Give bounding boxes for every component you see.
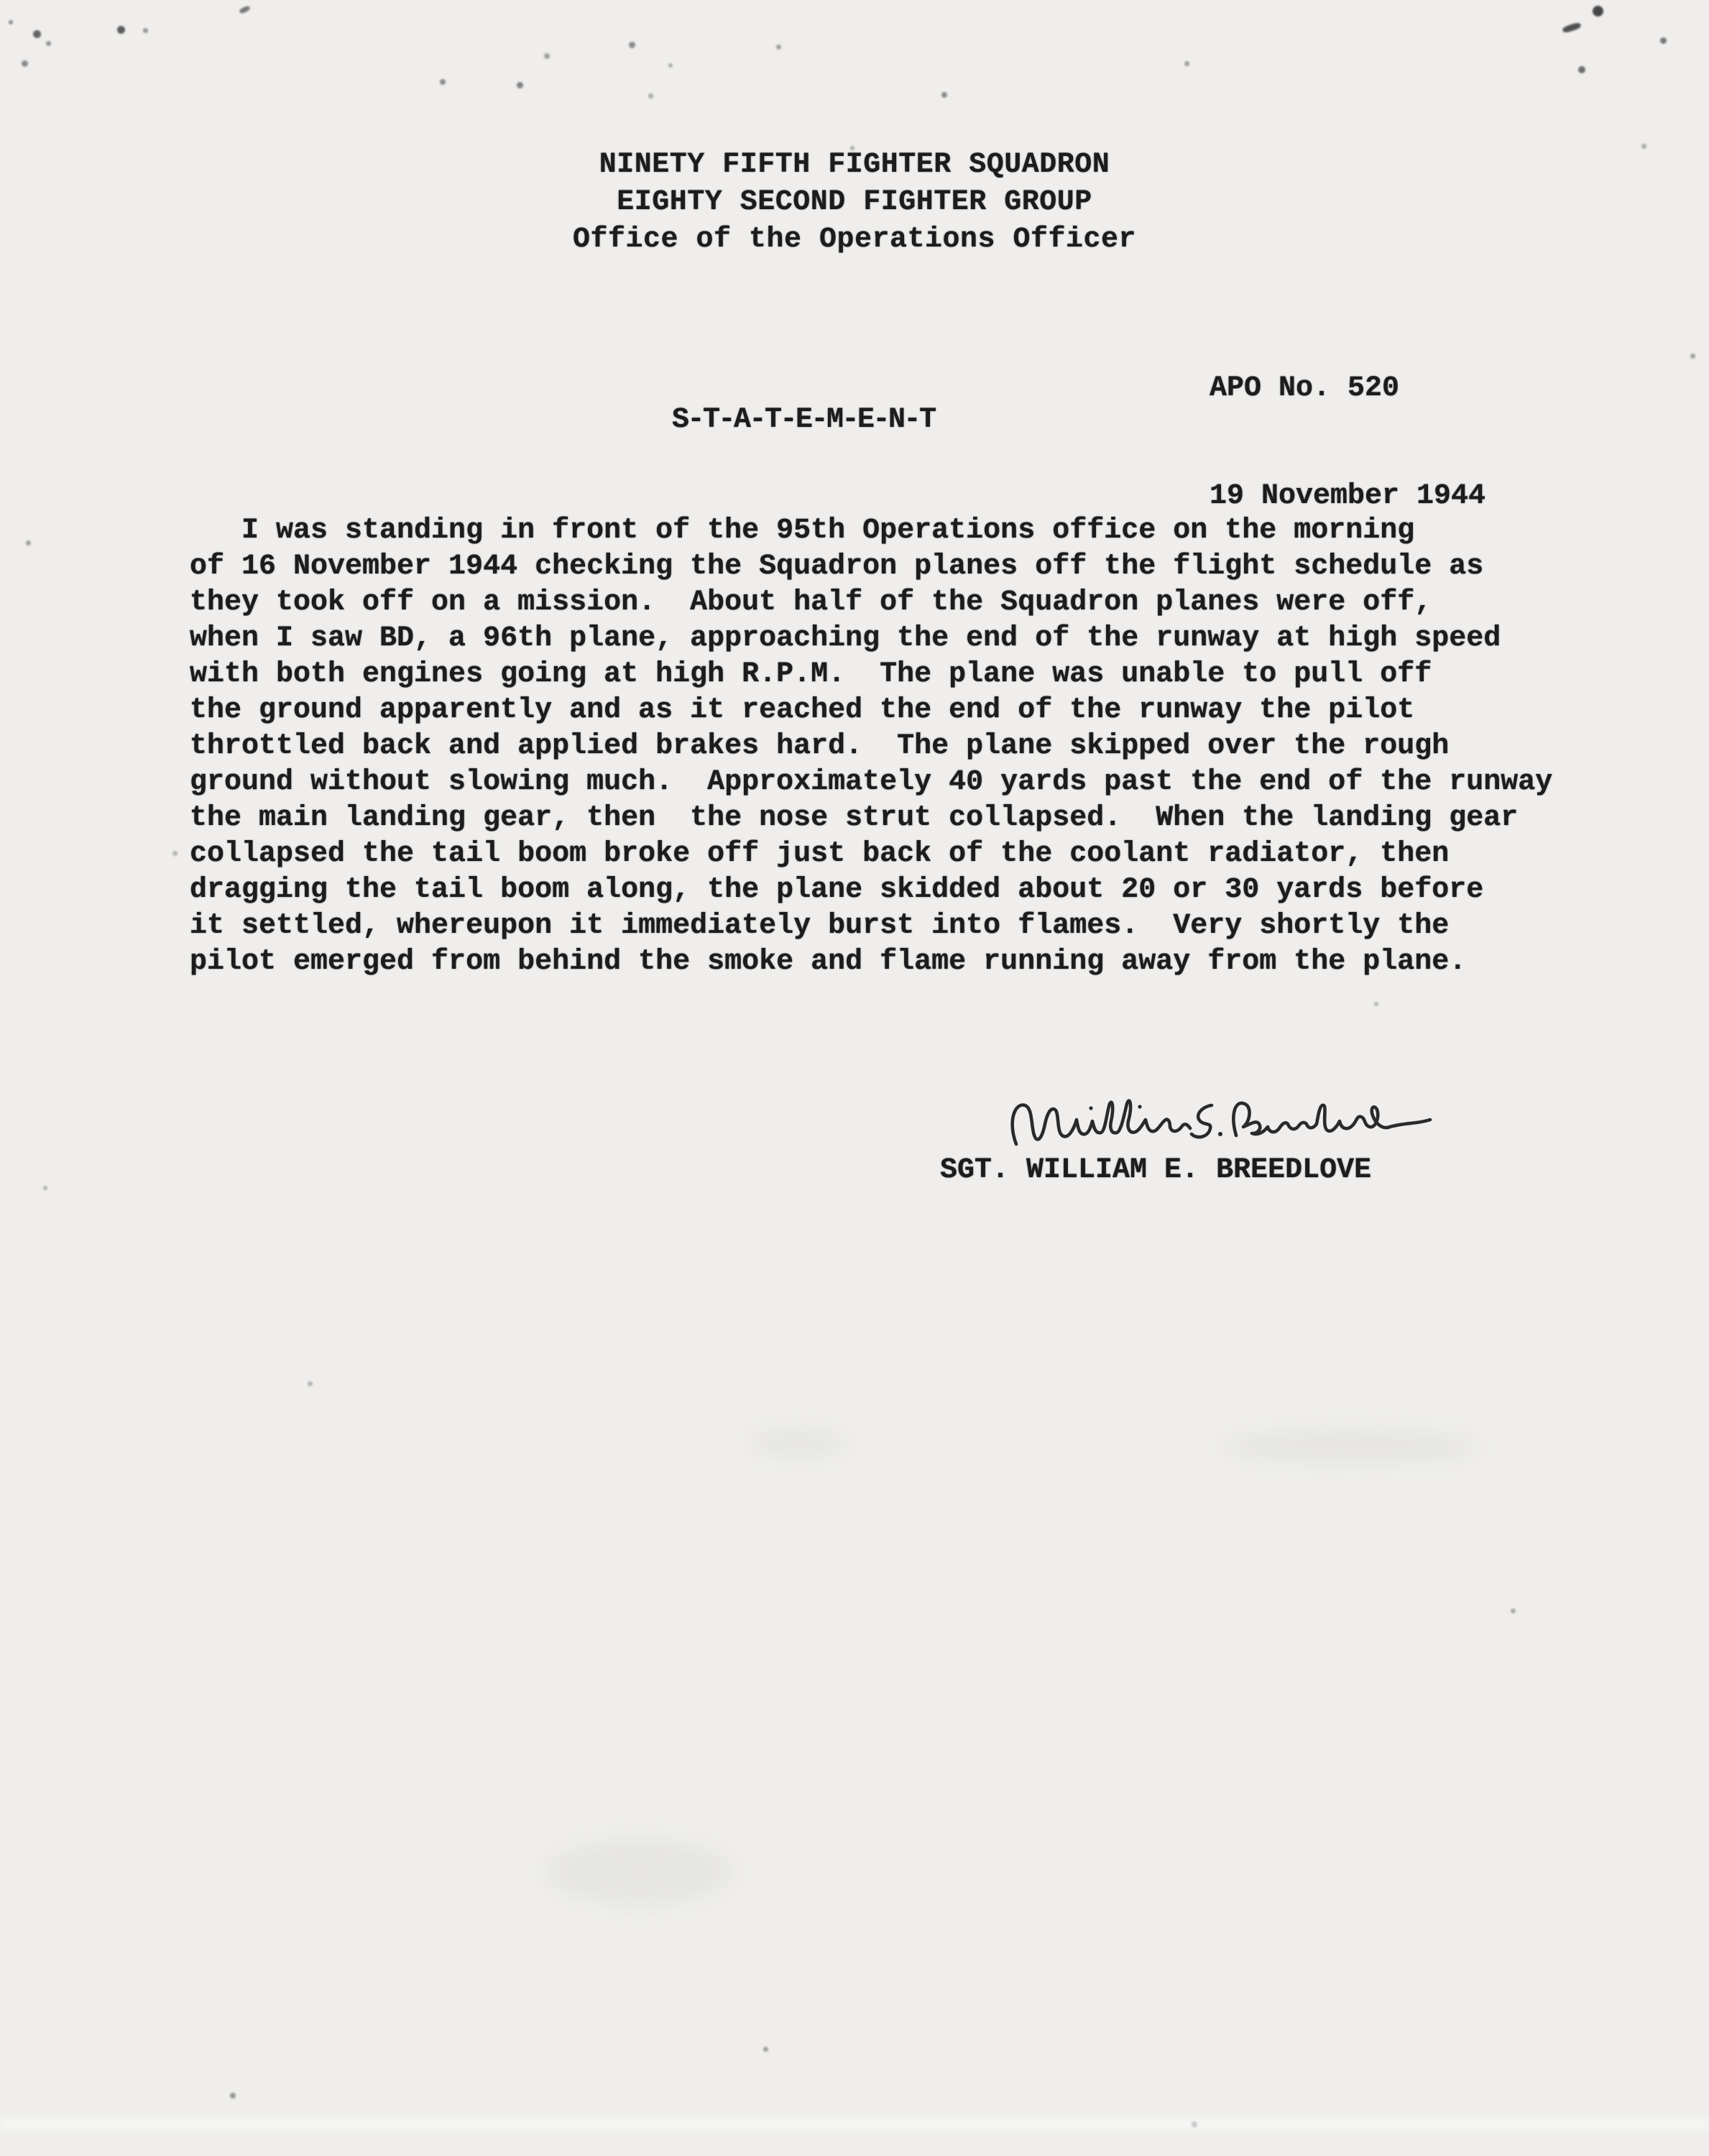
dust-speck bbox=[776, 45, 781, 50]
handwritten-signature bbox=[1005, 1087, 1436, 1156]
dust-speck bbox=[1374, 1002, 1378, 1006]
dust-speck bbox=[230, 2093, 236, 2099]
dust-speck bbox=[544, 53, 550, 59]
signature-stroke bbox=[1192, 1105, 1212, 1137]
dust-speck bbox=[33, 30, 41, 38]
scan-smudge bbox=[747, 1430, 848, 1456]
scan-smudge bbox=[1222, 1430, 1480, 1463]
dust-speck bbox=[172, 851, 178, 856]
dust-speck bbox=[1593, 6, 1603, 17]
dust-speck bbox=[763, 2047, 768, 2052]
statement-body: I was standing in front of the 95th Oper… bbox=[190, 513, 1552, 980]
dust-speck bbox=[941, 92, 947, 98]
dust-speck bbox=[43, 1186, 47, 1190]
dust-speck bbox=[239, 5, 251, 14]
signature-i-dot bbox=[1089, 1106, 1092, 1110]
document-page: NINETY FIFTH FIGHTER SQUADRON EIGHTY SEC… bbox=[0, 0, 1709, 2156]
dust-speck bbox=[1660, 37, 1667, 44]
dust-speck bbox=[22, 60, 28, 67]
statement-title: S-T-A-T-E-M-E-N-T bbox=[672, 404, 935, 436]
dust-speck bbox=[143, 28, 148, 33]
document-date: 19 November 1944 bbox=[1210, 479, 1485, 515]
dust-speck bbox=[308, 1381, 313, 1386]
letterhead-group-line: EIGHTY SECOND FIGHTER GROUP bbox=[0, 184, 1709, 221]
dust-speck bbox=[517, 82, 523, 88]
dust-speck bbox=[1578, 66, 1585, 73]
dust-speck bbox=[629, 42, 635, 48]
signature-stroke bbox=[1233, 1103, 1430, 1135]
dust-speck bbox=[26, 540, 31, 545]
dust-speck bbox=[1562, 22, 1582, 34]
signature-stroke bbox=[1013, 1101, 1190, 1144]
scan-smudge bbox=[546, 1840, 733, 1904]
dust-speck bbox=[648, 93, 653, 98]
signature-period-dot bbox=[1218, 1132, 1222, 1136]
dust-speck bbox=[46, 41, 51, 46]
dust-speck bbox=[9, 20, 13, 24]
dust-speck bbox=[1690, 354, 1695, 359]
scan-light-band bbox=[0, 2119, 1709, 2129]
letterhead-squadron-line: NINETY FIFTH FIGHTER SQUADRON bbox=[0, 147, 1709, 184]
dust-speck bbox=[1511, 1608, 1516, 1613]
letterhead: NINETY FIFTH FIGHTER SQUADRON EIGHTY SEC… bbox=[0, 147, 1709, 259]
signatory-typed-name: SGT. WILLIAM E. BREEDLOVE bbox=[940, 1153, 1371, 1189]
dust-speck bbox=[1184, 61, 1189, 66]
signature-i-dot bbox=[1138, 1105, 1141, 1108]
apo-number: APO No. 520 bbox=[1210, 371, 1485, 407]
letterhead-office-line: Office of the Operations Officer bbox=[0, 221, 1709, 259]
dust-speck bbox=[117, 26, 125, 34]
dust-speck bbox=[668, 63, 673, 68]
dust-speck bbox=[440, 79, 446, 85]
